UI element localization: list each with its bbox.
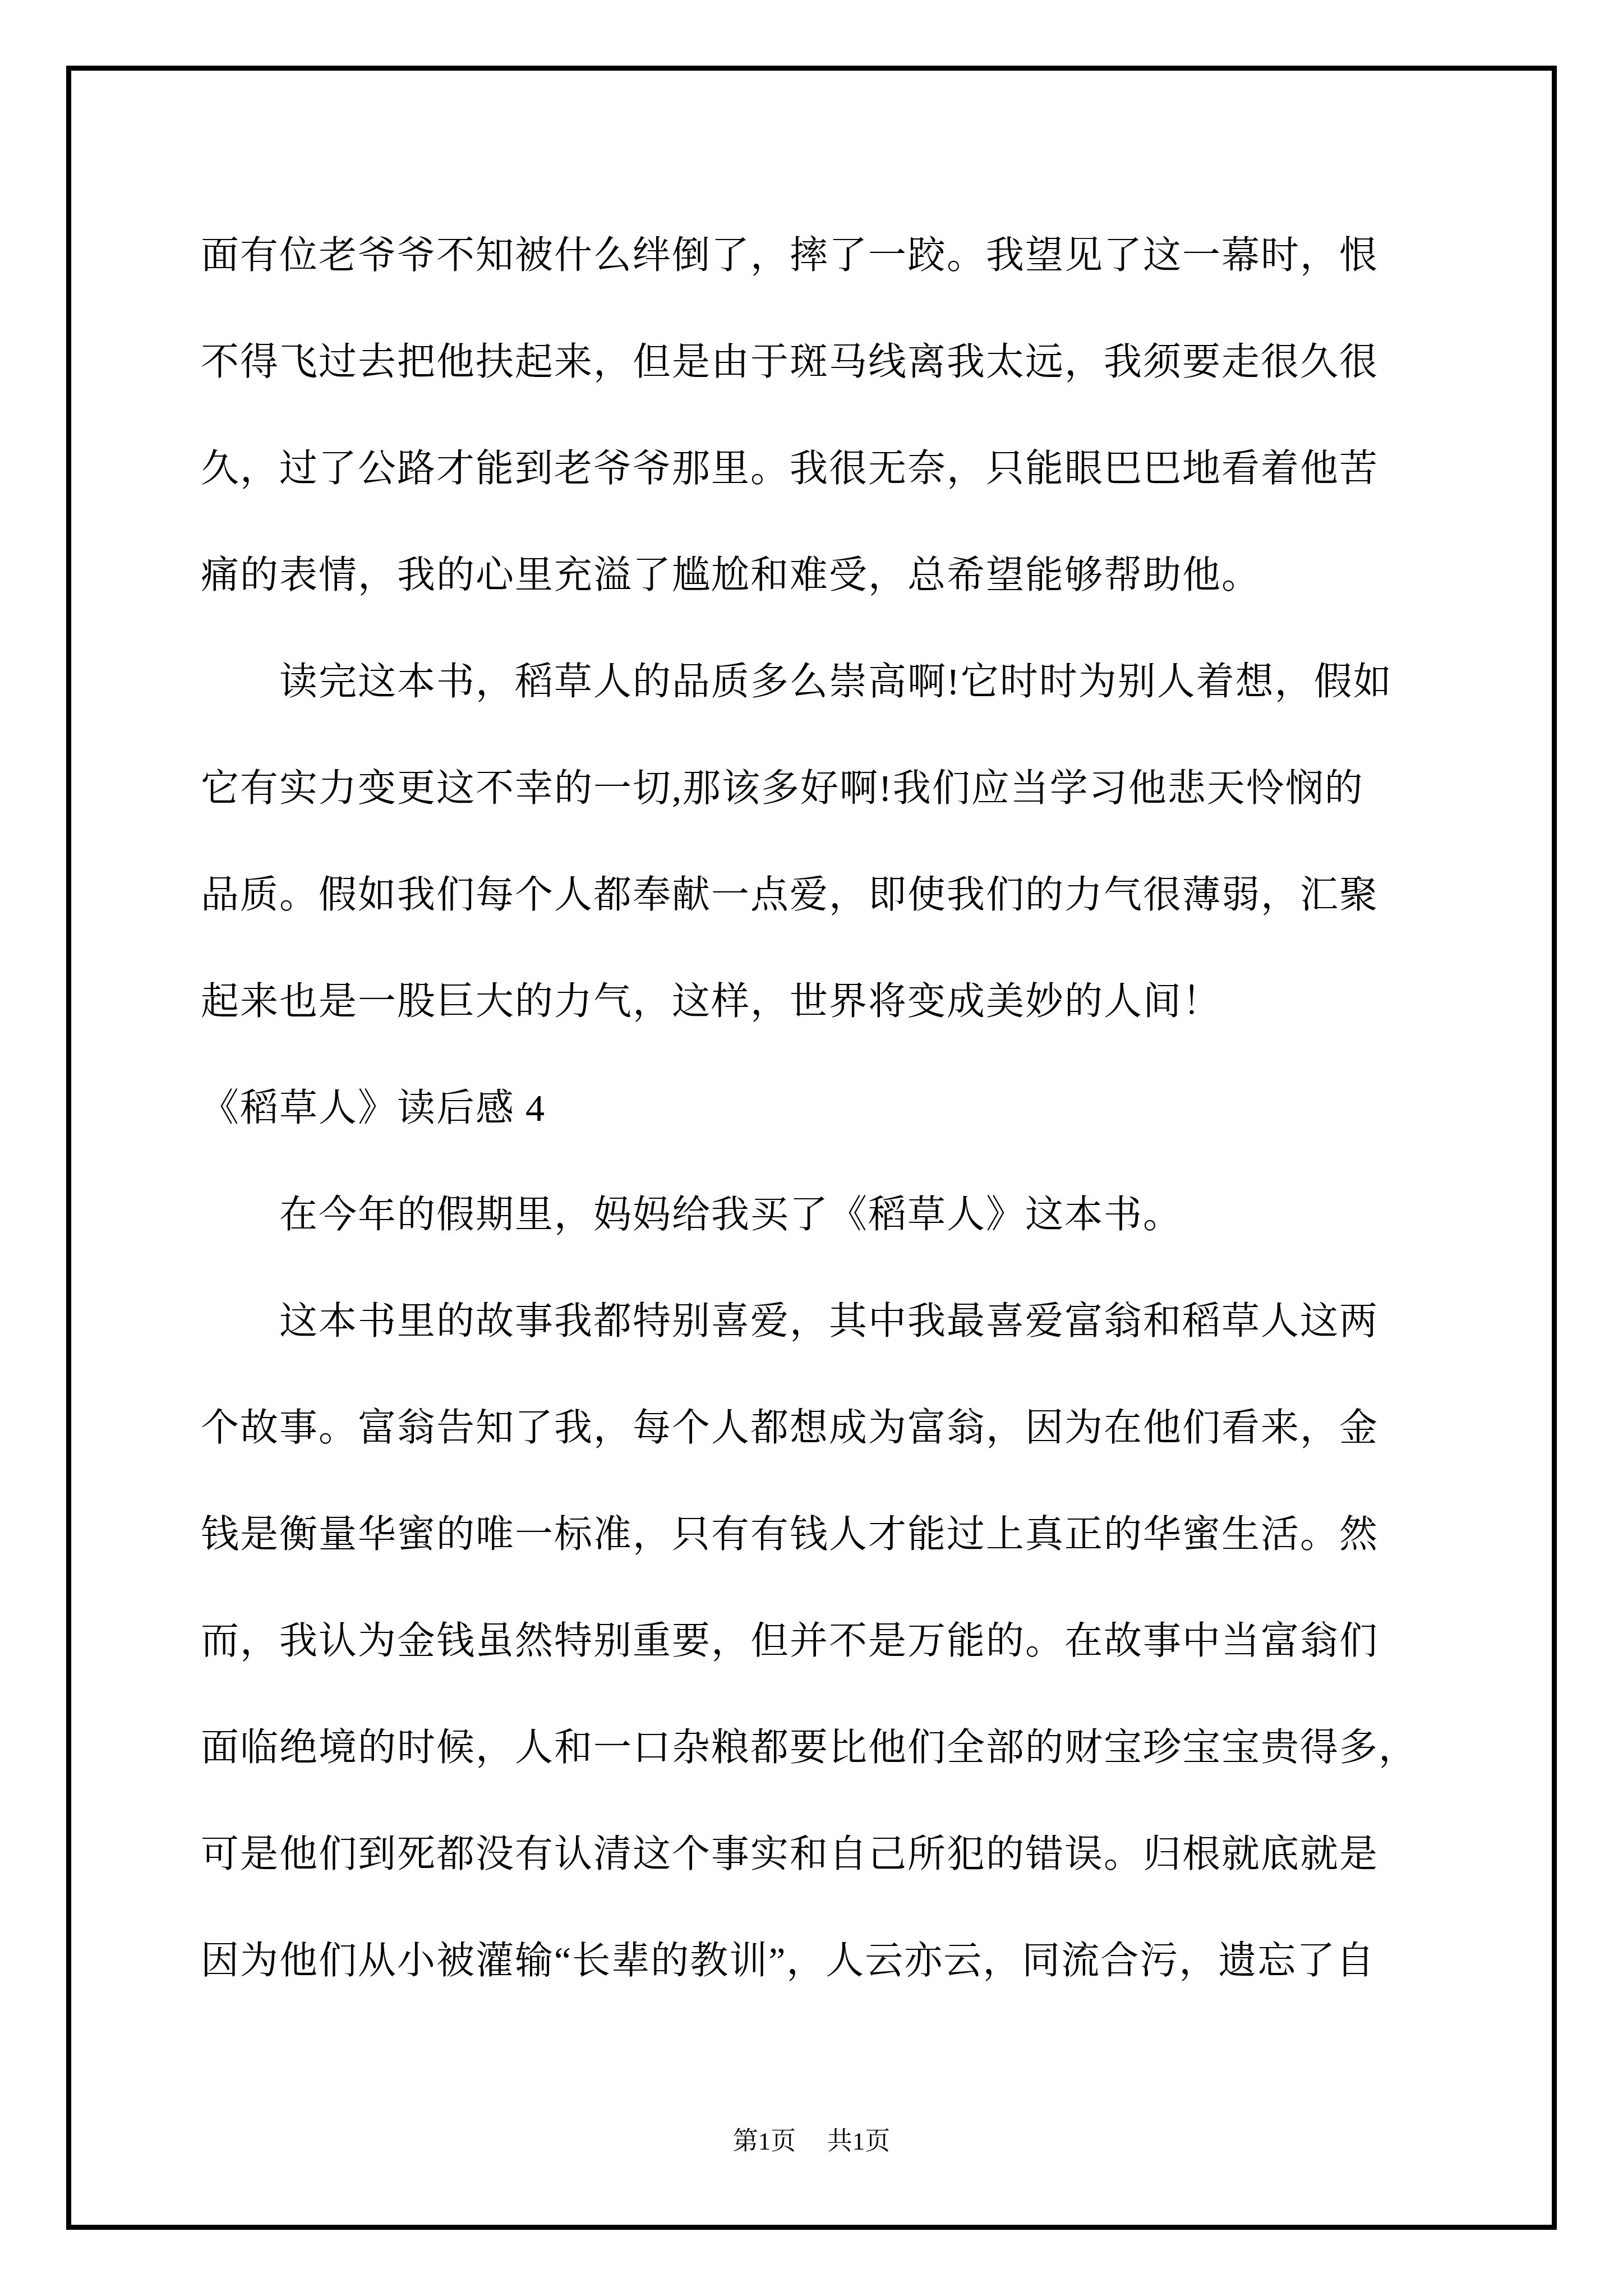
text-line: 它有实力变更这不幸的一切,那该多好啊!我们应当学习他悲天怜悯的 [201, 735, 1435, 841]
text-line: 而，我认为金钱虽然特别重要，但并不是万能的。在故事中当富翁们 [201, 1588, 1435, 1694]
document-body: 面有位老爷爷不知被什么绊倒了，摔了一跤。我望见了这一幕时，恨不得飞过去把他扶起来… [201, 202, 1435, 2014]
text-line: 个故事。富翁告知了我，每个人都想成为富翁，因为在他们看来，金 [201, 1374, 1435, 1481]
text-line: 读完这本书，稻草人的品质多么崇高啊!它时时为别人着想，假如 [201, 628, 1435, 735]
document-page: 面有位老爷爷不知被什么绊倒了，摔了一跤。我望见了这一幕时，恨不得飞过去把他扶起来… [0, 0, 1623, 2296]
footer-total-pages: 共1页 [827, 2116, 891, 2166]
text-line: 这本书里的故事我都特别喜爱，其中我最喜爱富翁和稻草人这两 [201, 1268, 1435, 1374]
text-line: 在今年的假期里，妈妈给我买了《稻草人》这本书。 [201, 1161, 1435, 1268]
text-line: 《稻草人》读后感 4 [201, 1055, 1435, 1161]
text-line: 痛的表情，我的心里充溢了尴尬和难受，总希望能够帮助他。 [201, 522, 1435, 628]
text-line: 不得飞过去把他扶起来，但是由于斑马线离我太远，我须要走很久很 [201, 309, 1435, 415]
text-line: 因为他们从小被灌输“长辈的教训”，人云亦云，同流合污，遗忘了自 [201, 1907, 1435, 2014]
text-line: 钱是衡量华蜜的唯一标准，只有有钱人才能过上真正的华蜜生活。然 [201, 1481, 1435, 1588]
text-line: 面临绝境的时候，人和一口杂粮都要比他们全部的财宝珍宝宝贵得多， [201, 1694, 1435, 1801]
text-line: 起来也是一股巨大的力气，这样，世界将变成美妙的人间！ [201, 948, 1435, 1055]
footer-current-page: 第1页 [733, 2116, 796, 2166]
text-line: 品质。假如我们每个人都奉献一点爱，即使我们的力气很薄弱，汇聚 [201, 841, 1435, 948]
text-line: 久，过了公路才能到老爷爷那里。我很无奈，只能眼巴巴地看着他苦 [201, 415, 1435, 522]
text-line: 可是他们到死都没有认清这个事实和自己所犯的错误。归根就底就是 [201, 1801, 1435, 1907]
text-line: 面有位老爷爷不知被什么绊倒了，摔了一跤。我望见了这一幕时，恨 [201, 202, 1435, 309]
page-footer: 第1页 共1页 [0, 2116, 1623, 2166]
